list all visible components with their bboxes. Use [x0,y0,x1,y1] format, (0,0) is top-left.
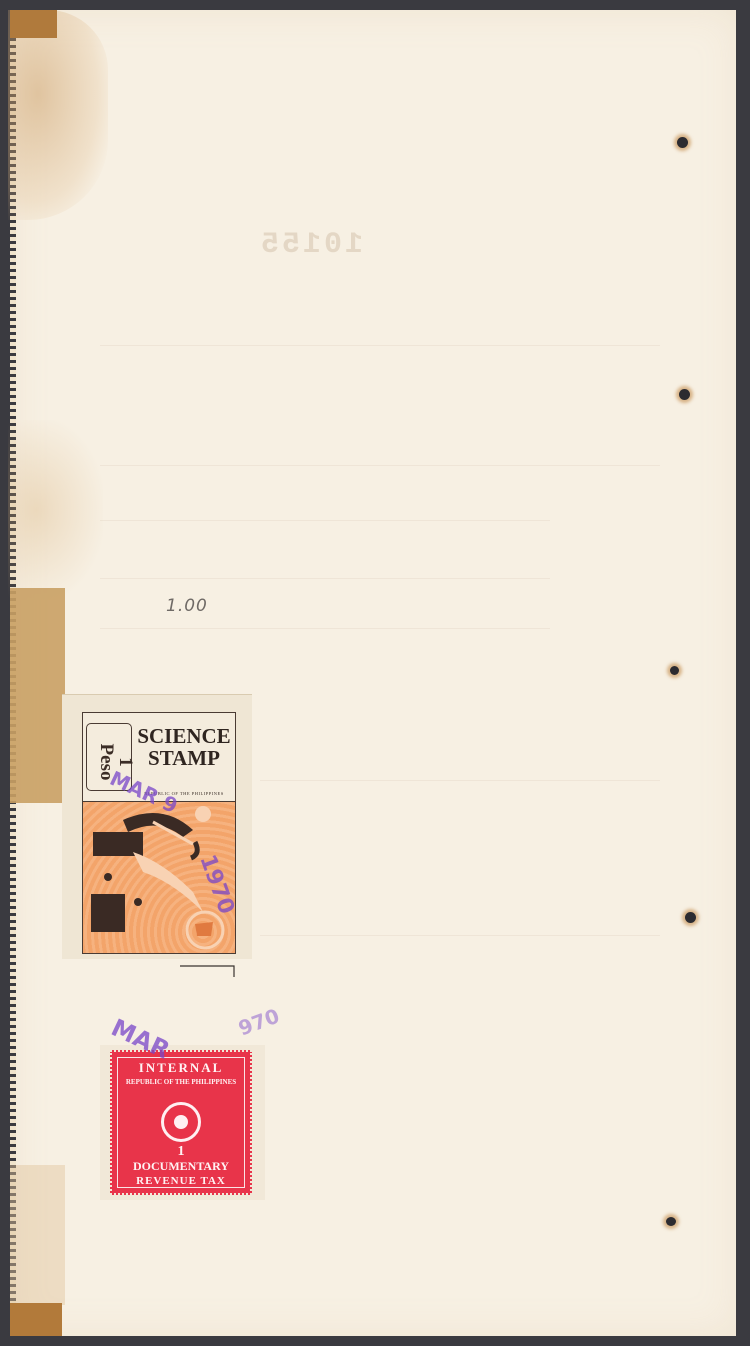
stamp-country-text: REPUBLIC OF THE PHILIPPINES [118,1078,244,1086]
form-line [100,345,660,346]
form-line [100,465,660,466]
science-stamp: 1 Peso SCIENCE STAMP REPUBLIC OF THE PHI… [82,712,236,954]
punch-hole [670,666,679,675]
form-line [100,628,550,629]
stamp-corner-mark [180,965,240,980]
documentary-stamp-frame: INTERNAL REPUBLIC OF THE PHILIPPINES 1 D… [117,1057,245,1188]
punch-hole [685,912,696,923]
form-line [260,780,660,781]
form-line [260,935,660,936]
tape-residue-bottom [10,1303,62,1336]
title-line-2: STAMP [148,746,220,770]
title-line-1: SCIENCE [137,724,230,748]
science-stamp-title: SCIENCE STAMP [135,725,233,769]
form-line [100,578,550,579]
serial-number-bleedthrough: 10155 [258,228,363,262]
scan-background [736,10,750,1336]
punch-hole [677,137,688,148]
stamp-bottom-text: REVENUE TAX [118,1175,244,1187]
sun-emblem-icon [161,1102,201,1142]
tape-residue-middle [10,588,65,803]
documentary-stamp: INTERNAL REPUBLIC OF THE PHILIPPINES 1 D… [110,1050,252,1195]
stamp-denomination: 1 [118,1144,244,1160]
water-stain-middle [8,420,103,600]
tape-residue-faint [10,1165,65,1305]
handwritten-amount: 1.00 [166,596,208,616]
punch-hole [666,1217,676,1226]
stamp-top-text: INTERNAL [118,1060,244,1076]
denomination-value: 1 [115,757,136,767]
form-line [100,520,550,521]
tape-residue-top [10,10,57,38]
punch-hole [679,389,690,400]
stamp-type-text: DOCUMENTARY [118,1159,244,1174]
